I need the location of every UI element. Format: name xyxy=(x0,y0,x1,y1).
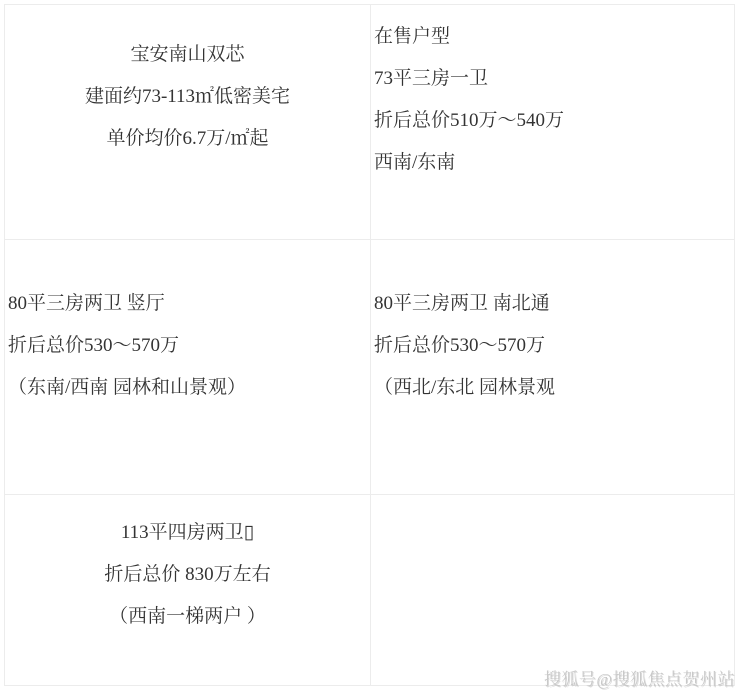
project-area-range: 建面约73-113㎡低密美宅 xyxy=(5,87,370,107)
unit-113-price: 折后总价 830万左右 xyxy=(5,565,370,585)
project-name: 宝安南山双芯 xyxy=(5,45,370,65)
unit-73-info: 在售户型 73平三房一卫 折后总价510万～540万 西南/东南 xyxy=(371,5,734,173)
project-summary: 宝安南山双芯 建面约73-113㎡低密美宅 单价均价6.7万/㎡起 xyxy=(5,5,370,149)
watermark-text: 搜狐号@搜狐焦点贺州站 xyxy=(544,670,735,689)
unit-113-info: 113平四房两卫▯ 折后总价 830万左右 （西南一梯两户 ） xyxy=(5,495,370,627)
unit-80a-info: 80平三房两卫 竖厅 折后总价530～570万 （东南/西南 园林和山景观） xyxy=(5,240,370,398)
unit-113-type: 113平四房两卫▯ xyxy=(5,523,370,543)
unit-73-type: 73平三房一卫 xyxy=(374,69,734,89)
table-row: 80平三房两卫 竖厅 折后总价530～570万 （东南/西南 园林和山景观） 8… xyxy=(5,240,735,495)
cell-empty xyxy=(371,495,735,686)
cell-unit-113: 113平四房两卫▯ 折后总价 830万左右 （西南一梯两户 ） xyxy=(5,495,371,686)
listing-table: 宝安南山双芯 建面约73-113㎡低密美宅 单价均价6.7万/㎡起 在售户型 7… xyxy=(4,4,735,686)
unit-73-orientation: 西南/东南 xyxy=(374,153,734,173)
unit-80a-view: （东南/西南 园林和山景观） xyxy=(8,378,370,398)
section-title: 在售户型 xyxy=(374,27,734,47)
unit-80b-price: 折后总价530～570万 xyxy=(374,336,734,356)
unit-80a-price: 折后总价530～570万 xyxy=(8,336,370,356)
table-row: 宝安南山双芯 建面约73-113㎡低密美宅 单价均价6.7万/㎡起 在售户型 7… xyxy=(5,5,735,240)
unit-80a-type: 80平三房两卫 竖厅 xyxy=(8,294,370,314)
unit-80b-view: （西北/东北 园林景观 xyxy=(374,378,734,398)
unit-80b-info: 80平三房两卫 南北通 折后总价530～570万 （西北/东北 园林景观 xyxy=(371,240,734,398)
unit-113-layout: （西南一梯两户 ） xyxy=(5,607,370,627)
unit-73-price: 折后总价510万～540万 xyxy=(374,111,734,131)
project-unit-price: 单价均价6.7万/㎡起 xyxy=(5,129,370,149)
table-row: 113平四房两卫▯ 折后总价 830万左右 （西南一梯两户 ） xyxy=(5,495,735,686)
cell-unit-80-north-south: 80平三房两卫 南北通 折后总价530～570万 （西北/东北 园林景观 xyxy=(371,240,735,495)
cell-unit-80-vertical-hall: 80平三房两卫 竖厅 折后总价530～570万 （东南/西南 园林和山景观） xyxy=(5,240,371,495)
unit-80b-type: 80平三房两卫 南北通 xyxy=(374,294,734,314)
cell-project-summary: 宝安南山双芯 建面约73-113㎡低密美宅 单价均价6.7万/㎡起 xyxy=(5,5,371,240)
cell-unit-73: 在售户型 73平三房一卫 折后总价510万～540万 西南/东南 xyxy=(371,5,735,240)
